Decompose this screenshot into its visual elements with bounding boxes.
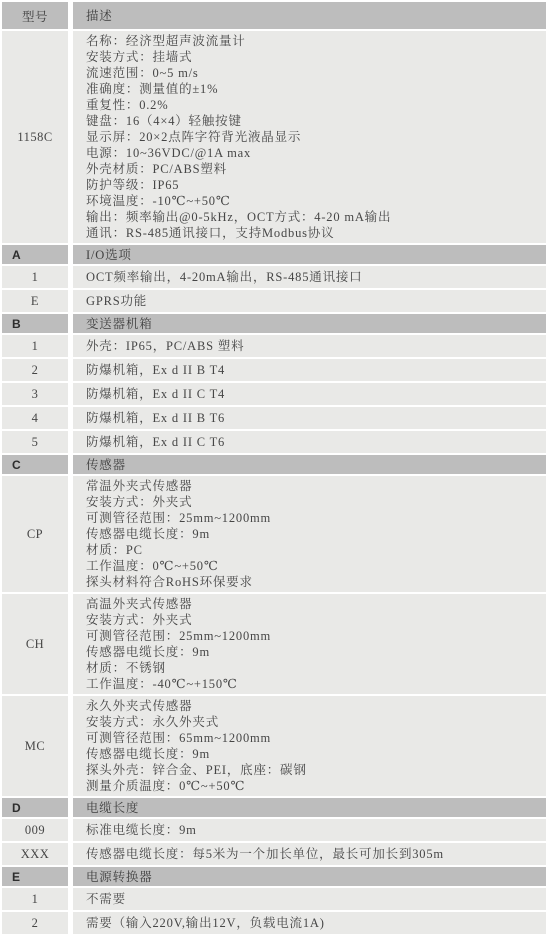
option-description-cell: 不需要 — [73, 888, 546, 910]
spec-line: 通讯：RS-485通讯接口，支持Modbus协议 — [86, 225, 538, 241]
option-description: OCT频率输出，4-20mA输出，RS-485通讯接口 — [86, 269, 538, 285]
spec-line: 防护等级：IP65 — [86, 177, 538, 193]
section-code: C — [2, 455, 68, 474]
spec-line: 材质：不锈钢 — [86, 660, 538, 676]
spec-line: 可测管径范围：25mm~1200mm — [86, 628, 538, 644]
section-title-cell: 传感器 — [73, 455, 546, 474]
option-description-cell: 需要（输入220V,输出12V，负载电流1A) — [73, 912, 546, 934]
spec-line: 安装方式：外夹式 — [86, 494, 538, 510]
option-description-cell: 防爆机箱，Ex d II B T4 — [73, 359, 546, 381]
section-header-row-e: E 电源转换器 — [2, 867, 546, 886]
option-description: 传感器电缆长度：每5米为一个加长单位，最长可加长到305m — [86, 846, 538, 862]
column-header-description: 描述 — [73, 2, 546, 29]
spec-line: 探头材料符合RoHS环保要求 — [86, 574, 538, 590]
spec-line: 传感器电缆长度：9m — [86, 526, 538, 542]
section-header-row-c: C 传感器 — [2, 455, 546, 474]
option-description: 需要（输入220V,输出12V，负载电流1A) — [86, 915, 538, 931]
table-row: E GPRS功能 — [2, 290, 546, 312]
option-description: 防爆机箱，Ex d II C T6 — [86, 434, 538, 450]
table-row: 3 防爆机箱，Ex d II C T4 — [2, 383, 546, 405]
option-description-cell: 标准电缆长度：9m — [73, 819, 546, 841]
spec-line: 传感器电缆长度：9m — [86, 746, 538, 762]
spec-line: 传感器电缆长度：9m — [86, 644, 538, 660]
spec-line: 外壳材质：PC/ABS塑料 — [86, 161, 538, 177]
section-header-row-b: B 变送器机箱 — [2, 314, 546, 333]
option-code: CP — [2, 476, 68, 592]
table-row: XXX 传感器电缆长度：每5米为一个加长单位，最长可加长到305m — [2, 843, 546, 865]
section-title-cell: I/O选项 — [73, 245, 546, 264]
option-description-cell: GPRS功能 — [73, 290, 546, 312]
section-header-row-d: D 电缆长度 — [2, 798, 546, 817]
option-description-cell: 外壳：IP65，PC/ABS 塑料 — [73, 335, 546, 357]
column-header-model: 型号 — [2, 2, 68, 29]
section-title: I/O选项 — [86, 247, 538, 263]
option-description: 外壳：IP65，PC/ABS 塑料 — [86, 338, 538, 354]
section-title: 变送器机箱 — [86, 316, 538, 332]
spec-line: 常温外夹式传感器 — [86, 478, 538, 494]
table-row-sensor-cp: CP 常温外夹式传感器 安装方式：外夹式 可测管径范围：25mm~1200mm … — [2, 476, 546, 592]
option-code: 1 — [2, 335, 68, 357]
spec-line: 电源：10~36VDC/@1A max — [86, 145, 538, 161]
spec-line: 材质：PC — [86, 542, 538, 558]
option-description: 防爆机箱，Ex d II B T6 — [86, 410, 538, 426]
section-title: 传感器 — [86, 457, 538, 473]
spec-line: 高温外夹式传感器 — [86, 596, 538, 612]
table-row-model-1158c: 1158C 名称：经济型超声波流量计 安装方式：挂墙式 流速范围：0~5 m/s… — [2, 31, 546, 243]
table-row-sensor-ch: CH 高温外夹式传感器 安装方式：外夹式 可测管径范围：25mm~1200mm … — [2, 594, 546, 694]
column-header-row: 型号 描述 — [2, 2, 546, 29]
product-selection-table: 型号 描述 1158C 名称：经济型超声波流量计 安装方式：挂墙式 流速范围：0… — [0, 0, 548, 936]
column-header-description-label: 描述 — [86, 8, 538, 24]
section-title: 电源转换器 — [86, 869, 538, 885]
spec-line: 键盘：16（4×4）轻触按键 — [86, 113, 538, 129]
option-description-cell: 防爆机箱，Ex d II C T4 — [73, 383, 546, 405]
option-code: 1 — [2, 266, 68, 288]
spec-line: 安装方式：外夹式 — [86, 612, 538, 628]
option-code: 3 — [2, 383, 68, 405]
option-description: 防爆机箱，Ex d II C T4 — [86, 386, 538, 402]
table-row: 5 防爆机箱，Ex d II C T6 — [2, 431, 546, 453]
option-code: XXX — [2, 843, 68, 865]
option-code: MC — [2, 696, 68, 796]
spec-line: 可测管径范围：65mm~1200mm — [86, 730, 538, 746]
option-code: 4 — [2, 407, 68, 429]
spec-line: 环境温度：-10℃~+50℃ — [86, 193, 538, 209]
section-title: 电缆长度 — [86, 800, 538, 816]
option-code: 2 — [2, 912, 68, 934]
option-description-cell: 传感器电缆长度：每5米为一个加长单位，最长可加长到305m — [73, 843, 546, 865]
section-code: D — [2, 798, 68, 817]
table-row: 1 不需要 — [2, 888, 546, 910]
option-description: 不需要 — [86, 891, 538, 907]
table-row-sensor-mc: MC 永久外夹式传感器 安装方式：永久外夹式 可测管径范围：65mm~1200m… — [2, 696, 546, 796]
spec-line: 安装方式：永久外夹式 — [86, 714, 538, 730]
table-row: 2 需要（输入220V,输出12V，负载电流1A) — [2, 912, 546, 934]
spec-line: 工作温度：0℃~+50℃ — [86, 558, 538, 574]
option-description: 防爆机箱，Ex d II B T4 — [86, 362, 538, 378]
option-code: 2 — [2, 359, 68, 381]
spec-line: 输出：频率输出@0-5kHz，OCT方式：4-20 mA输出 — [86, 209, 538, 225]
spec-line: 显示屏：20×2点阵字符背光液晶显示 — [86, 129, 538, 145]
option-description: GPRS功能 — [86, 293, 538, 309]
spec-line: 可测管径范围：25mm~1200mm — [86, 510, 538, 526]
spec-line: 重复性：0.2% — [86, 97, 538, 113]
table-row: 009 标准电缆长度：9m — [2, 819, 546, 841]
option-code: E — [2, 290, 68, 312]
model-description-cell: 名称：经济型超声波流量计 安装方式：挂墙式 流速范围：0~5 m/s 准确度：测… — [73, 31, 546, 243]
option-code: 009 — [2, 819, 68, 841]
spec-line: 流速范围：0~5 m/s — [86, 65, 538, 81]
section-title-cell: 电缆长度 — [73, 798, 546, 817]
option-code: 1 — [2, 888, 68, 910]
spec-line: 安装方式：挂墙式 — [86, 49, 538, 65]
spec-line: 永久外夹式传感器 — [86, 698, 538, 714]
table-row: 4 防爆机箱，Ex d II B T6 — [2, 407, 546, 429]
section-code: E — [2, 867, 68, 886]
spec-line: 准确度：测量值的±1% — [86, 81, 538, 97]
option-code: CH — [2, 594, 68, 694]
option-description-cell: 永久外夹式传感器 安装方式：永久外夹式 可测管径范围：65mm~1200mm 传… — [73, 696, 546, 796]
spec-line: 测量介质温度：0℃~+50℃ — [86, 778, 538, 794]
option-description-cell: 防爆机箱，Ex d II B T6 — [73, 407, 546, 429]
spec-line: 名称：经济型超声波流量计 — [86, 33, 538, 49]
option-description-cell: 常温外夹式传感器 安装方式：外夹式 可测管径范围：25mm~1200mm 传感器… — [73, 476, 546, 592]
option-description-cell: 防爆机箱，Ex d II C T6 — [73, 431, 546, 453]
table-row: 1 OCT频率输出，4-20mA输出，RS-485通讯接口 — [2, 266, 546, 288]
section-code: B — [2, 314, 68, 333]
table-row: 1 外壳：IP65，PC/ABS 塑料 — [2, 335, 546, 357]
option-description-cell: 高温外夹式传感器 安装方式：外夹式 可测管径范围：25mm~1200mm 传感器… — [73, 594, 546, 694]
spec-line: 探头外壳：锌合金、PEI，底座：碳钢 — [86, 762, 538, 778]
option-code: 5 — [2, 431, 68, 453]
section-title-cell: 变送器机箱 — [73, 314, 546, 333]
section-code: A — [2, 245, 68, 264]
model-code: 1158C — [2, 31, 68, 243]
section-title-cell: 电源转换器 — [73, 867, 546, 886]
option-description: 标准电缆长度：9m — [86, 822, 538, 838]
section-header-row-a: A I/O选项 — [2, 245, 546, 264]
option-description-cell: OCT频率输出，4-20mA输出，RS-485通讯接口 — [73, 266, 546, 288]
table-row: 2 防爆机箱，Ex d II B T4 — [2, 359, 546, 381]
spec-line: 工作温度：-40℃~+150℃ — [86, 676, 538, 692]
